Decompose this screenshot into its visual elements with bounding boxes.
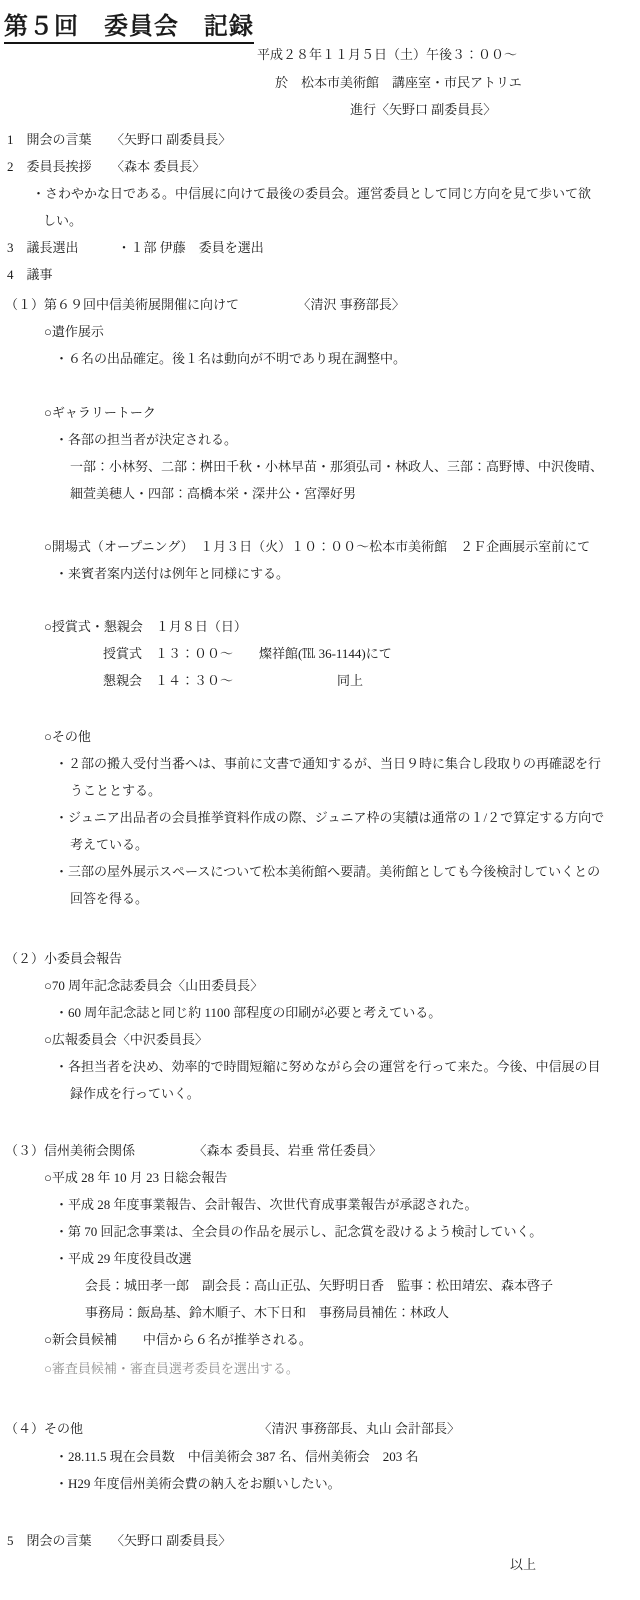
- doc-line: ・２部の搬入受付当番へは、事前に文書で通知するが、当日９時に集合し段取りの再確認…: [55, 755, 601, 772]
- document-title: 第５回 委員会 記録: [4, 6, 254, 44]
- doc-line: ・ジュニア出品者の会員推挙資料作成の際、ジュニア枠の実績は通常の１/２で算定する…: [55, 809, 604, 826]
- doc-line: 細萱美穂人・四部：高橋本栄・深井公・宮澤好男: [70, 485, 356, 502]
- doc-line: ○新会員候補 中信から６名が推挙される。: [44, 1331, 312, 1348]
- doc-line: 一部：小林努、二部：桝田千秋・小林早苗・那須弘司・林政人、三部：高野博、中沢俊晴…: [70, 458, 603, 475]
- doc-line: 5 閉会の言葉 〈矢野口 副委員長〉: [7, 1532, 231, 1549]
- doc-line: ・さわやかな日である。中信展に向けて最後の委員会。運営委員として同じ方向を見て歩…: [32, 185, 591, 202]
- doc-line: ○授賞式・懇親会 １月８日（日）: [44, 618, 247, 635]
- doc-line: 考えている。: [70, 836, 148, 853]
- doc-line: 懇親会 １４：３０～ 同上: [103, 672, 363, 689]
- doc-line: 2 委員長挨拶 〈森本 委員長〉: [7, 158, 205, 175]
- doc-line: しい。: [43, 212, 82, 229]
- meeting-moderator: 進行〈矢野口 副委員長〉: [350, 101, 496, 118]
- doc-line: ・28.11.5 現在会員数 中信美術会 387 名、信州美術会 203 名: [55, 1448, 419, 1465]
- doc-line: 回答を得る。: [70, 890, 148, 907]
- doc-line: ・第 70 回記念事業は、全会員の作品を展示し、記念賞を設けるよう検討していく。: [55, 1223, 542, 1240]
- doc-line: 4 議事: [7, 266, 53, 283]
- doc-line: 1 開会の言葉 〈矢野口 副委員長〉: [7, 131, 231, 148]
- doc-line: ○その他: [44, 728, 91, 745]
- doc-line: ・平成 28 年度事業報告、会計報告、次世代育成事業報告が承認された。: [55, 1196, 478, 1213]
- meeting-datetime: 平成２８年１１月５日（土）午後３：００～: [257, 46, 517, 63]
- doc-line: 以上: [510, 1556, 536, 1573]
- doc-line: （１）第６９回中信美術展開催に向けて 〈清沢 事務部長〉: [5, 296, 405, 313]
- document-page: 第５回 委員会 記録 平成２８年１１月５日（土）午後３：００～ 於 松本市美術館…: [0, 0, 640, 1600]
- meeting-venue: 於 松本市美術館 講座室・市民アトリエ: [275, 74, 522, 91]
- doc-line: ○審査員候補・審査員選考委員を選出する。: [44, 1360, 299, 1377]
- doc-line: ・各担当者を決め、効率的で時間短縮に努めながら会の運営を行って来た。今後、中信展…: [55, 1058, 600, 1075]
- doc-line: （４）その他 〈清沢 事務部長、丸山 会計部長〉: [5, 1420, 460, 1437]
- doc-line: うこととする。: [70, 782, 161, 799]
- doc-line: 録作成を行っていく。: [70, 1085, 200, 1102]
- doc-line: 3 議長選出 ・１部 伊藤 委員を選出: [7, 239, 264, 256]
- doc-line: ・６名の出品確定。後１名は動向が不明であり現在調整中。: [55, 350, 406, 367]
- doc-line: （３）信州美術会関係 〈森本 委員長、岩垂 常任委員〉: [5, 1142, 382, 1159]
- doc-line: ○遺作展示: [44, 323, 104, 340]
- doc-line: ・平成 29 年度役員改選: [55, 1250, 192, 1267]
- doc-line: ・60 周年記念誌と同じ約 1100 部程度の印刷が必要と考えている。: [55, 1004, 441, 1021]
- doc-line: ○70 周年記念誌委員会〈山田委員長〉: [44, 977, 263, 994]
- doc-line: （２）小委員会報告: [5, 950, 122, 967]
- doc-line: ・各部の担当者が決定される。: [55, 431, 237, 448]
- doc-line: ○広報委員会〈中沢委員長〉: [44, 1031, 208, 1048]
- doc-line: 事務局：飯島基、鈴木順子、木下日和 事務局員補佐：林政人: [85, 1304, 449, 1321]
- doc-line: ・来賓者案内送付は例年と同様にする。: [55, 565, 289, 582]
- doc-line: 授賞式 １３：００～ 燦祥館(℡ 36-1144)にて: [103, 645, 392, 662]
- doc-line: ○ギャラリートーク: [44, 404, 156, 421]
- doc-line: ○平成 28 年 10 月 23 日総会報告: [44, 1169, 227, 1186]
- doc-line: ○開場式（オープニング） １月３日（火）１０：００～松本市美術館 ２Ｆ企画展示室…: [44, 538, 590, 555]
- doc-line: 会長：城田孝一郎 副会長：高山正弘、矢野明日香 監事：松田靖宏、森本啓子: [85, 1277, 553, 1294]
- doc-line: ・H29 年度信州美術会費の納入をお願いしたい。: [55, 1475, 341, 1492]
- doc-line: ・三部の屋外展示スペースについて松本美術館へ要請。美術館としても今後検討していく…: [55, 863, 600, 880]
